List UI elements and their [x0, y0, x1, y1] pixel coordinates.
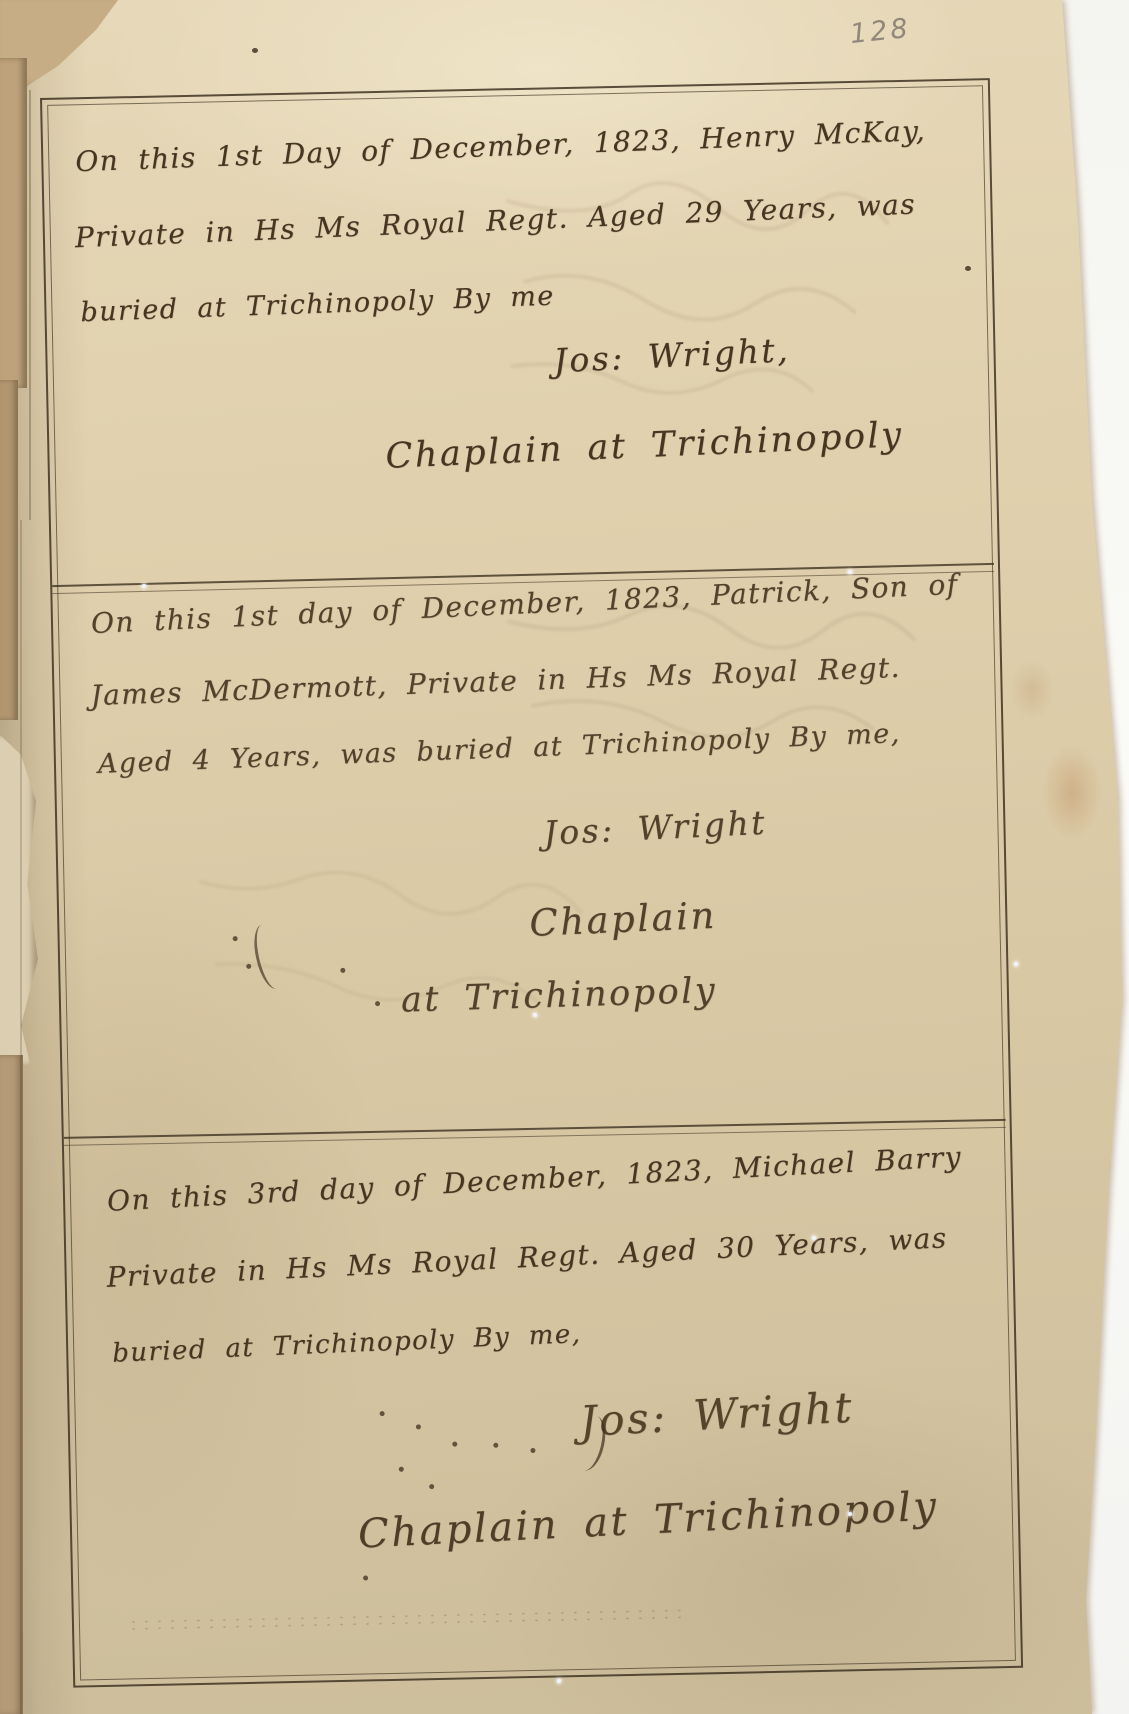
paper-fleck	[1014, 962, 1018, 966]
stray-ink-mark	[246, 964, 251, 969]
burial-entry-2: On this 1st day of December, 1823, Patri…	[0, 0, 1127, 1]
chaplain-signature-title: Chaplain	[528, 894, 717, 945]
bleed-through-ink	[481, 583, 924, 829]
stray-ink-mark	[429, 1484, 434, 1489]
bleed-through-ink	[173, 833, 603, 1073]
paper-sheet-wrap: 128 On this 1st Day of December, 1823,	[0, 0, 1129, 1714]
stray-ink-mark	[380, 1411, 385, 1416]
ruled-register-area: On this 1st Day of December, 1823, Henry…	[0, 0, 1129, 1714]
paper-fleck	[812, 1236, 816, 1240]
stray-ink-mark	[375, 1001, 380, 1006]
paper-fleck	[848, 570, 852, 574]
paper-fleck	[533, 1013, 537, 1017]
paper-fleck	[252, 48, 258, 53]
burial-entry-3: On this 3rd day of December, 1823, Micha…	[0, 0, 1127, 1]
stray-ink-mark	[493, 1443, 498, 1448]
paper-sheet: 128 On this 1st Day of December, 1823,	[0, 0, 1129, 1714]
stray-ink-mark	[233, 936, 238, 941]
stray-ink-mark	[452, 1442, 457, 1447]
paper-fleck	[142, 584, 146, 588]
stray-ink-mark	[399, 1467, 404, 1472]
stray-ink-mark	[363, 1575, 368, 1580]
stray-ink-mark	[530, 1448, 535, 1453]
stray-ink-mark	[340, 968, 345, 973]
scanned-register-page: 128 On this 1st Day of December, 1823,	[0, 0, 1129, 1714]
paper-fleck	[848, 1512, 852, 1516]
paper-fleck	[965, 266, 971, 271]
paper-fleck	[557, 1679, 561, 1683]
burial-entry-1: On this 1st Day of December, 1823, Henry…	[0, 0, 1127, 1]
stray-ink-mark	[416, 1424, 421, 1429]
